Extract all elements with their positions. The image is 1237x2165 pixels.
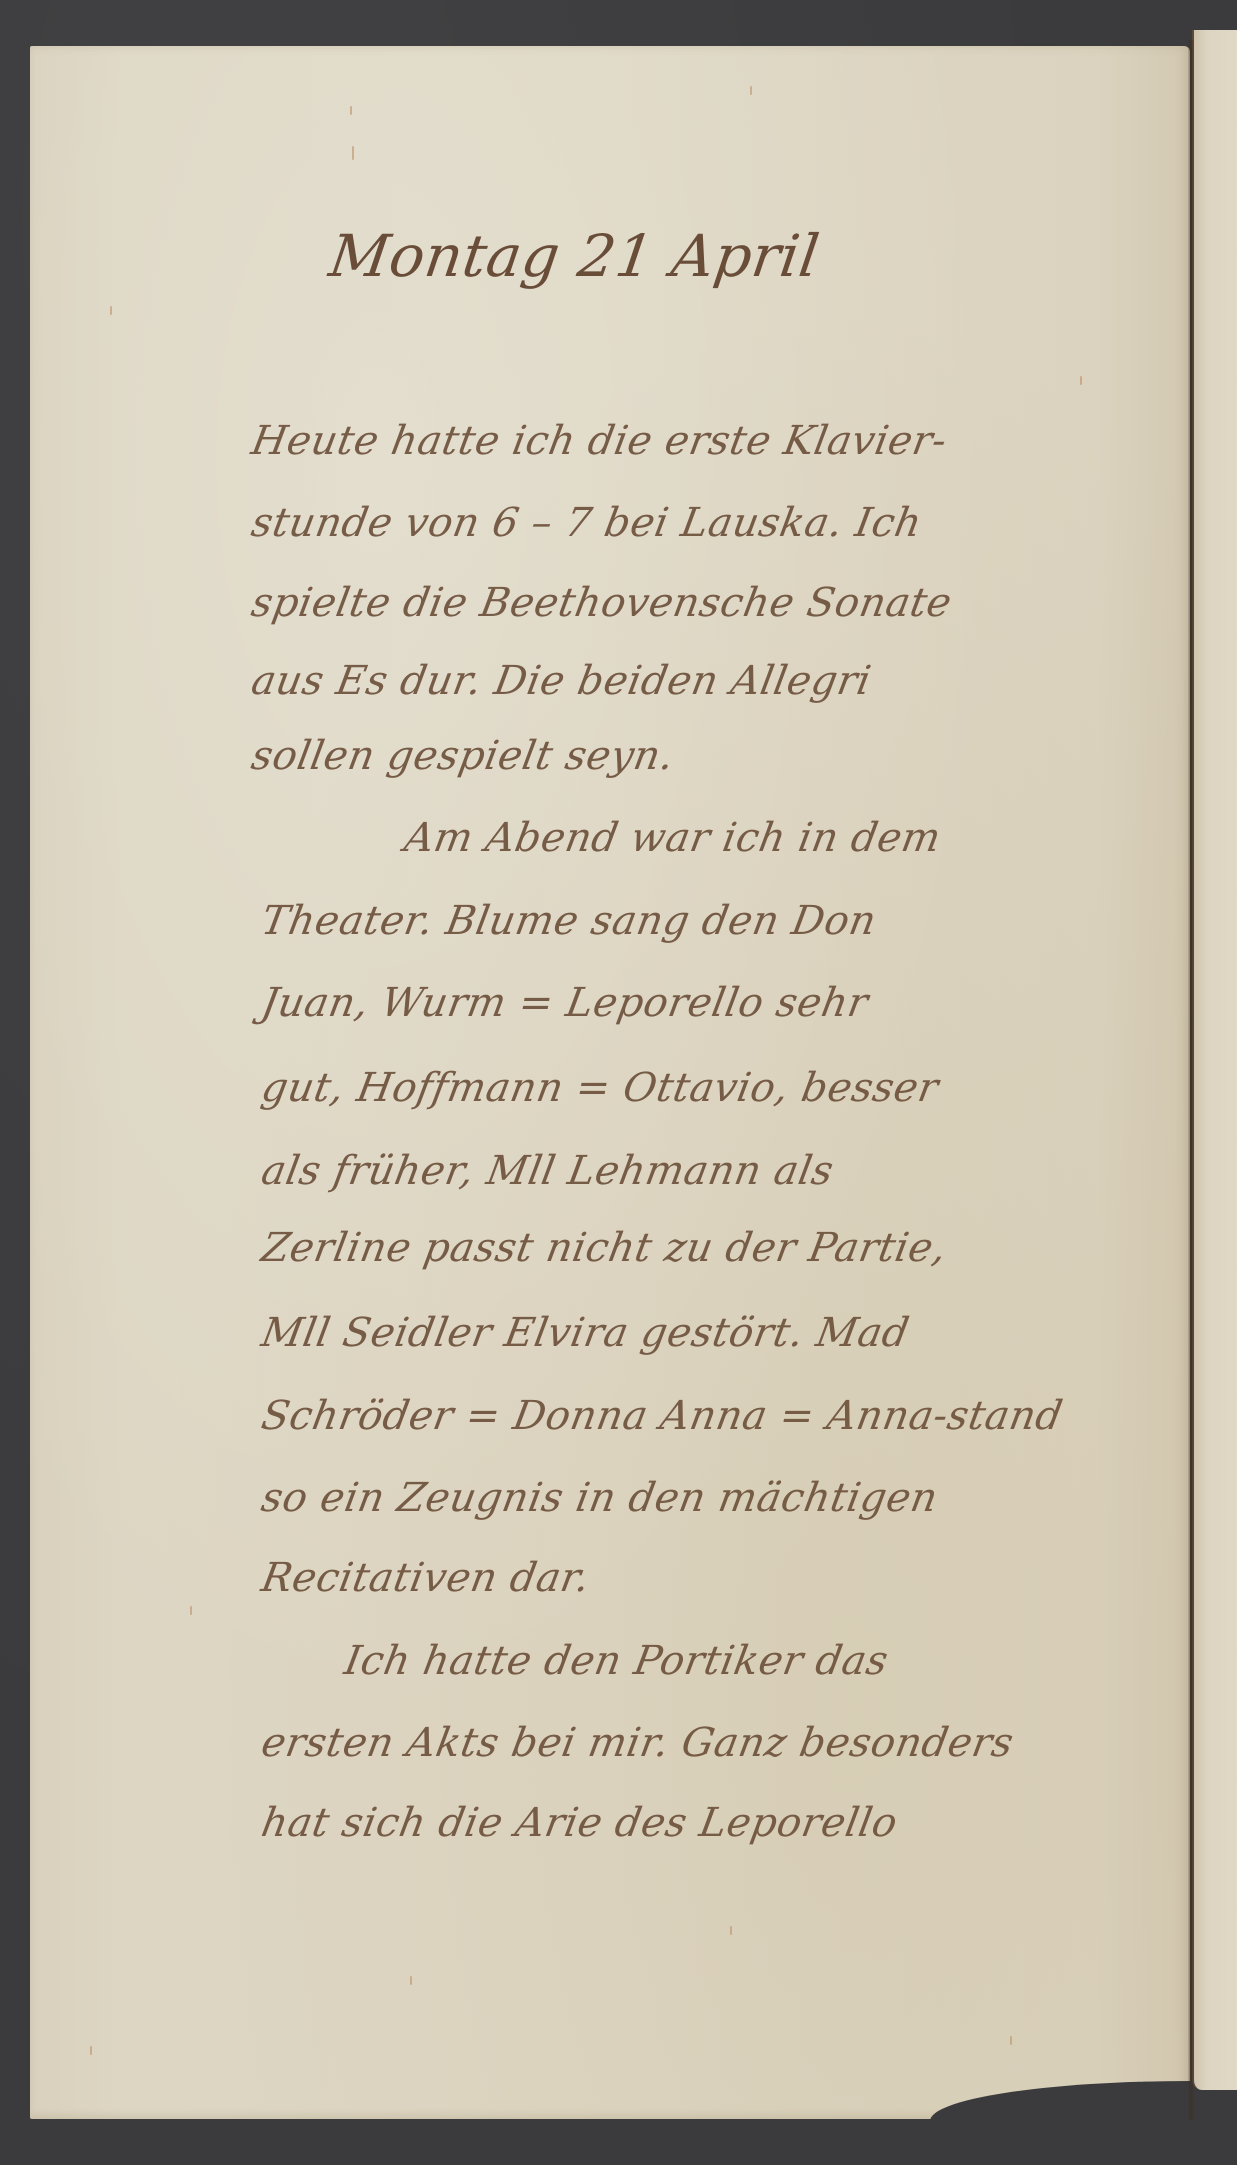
paper-fleck (730, 1926, 732, 1935)
paper-fleck (410, 1976, 412, 1985)
text-line: als früher, Mll Lehmann als (258, 1148, 837, 1194)
text-line: sollen gespielt seyn. (248, 733, 678, 779)
entry-date-heading: Montag 21 April (325, 222, 823, 290)
text-line: hat sich die Arie des Leporello (258, 1800, 901, 1846)
text-line: Schröder = Donna Anna = Anna-stand (258, 1393, 1066, 1439)
paper-fleck (1010, 2036, 1012, 2045)
text-line: Juan, Wurm = Leporello sehr (258, 980, 872, 1026)
paper-fleck (90, 2046, 92, 2055)
page-corner-curl (930, 2081, 1190, 2121)
text-line: gut, Hoffmann = Ottavio, besser (258, 1065, 942, 1111)
paper-fleck (352, 146, 354, 160)
paper-fleck (750, 86, 752, 95)
page-fold-shadow (1188, 40, 1194, 2120)
paper-fleck (1080, 376, 1082, 385)
text-line: spielte die Beethovensche Sonate (248, 580, 955, 626)
text-line: Zerline passt nicht zu der Partie, (258, 1225, 950, 1271)
text-line: Heute hatte ich die erste Klavier- (248, 418, 951, 464)
text-line: Theater. Blume sang den Don (258, 898, 880, 944)
paper-fleck (190, 1606, 192, 1615)
paper-fleck (110, 306, 112, 315)
text-line: Recitativen dar. (258, 1555, 594, 1601)
facing-page-edge (1192, 30, 1237, 2090)
text-line: aus Es dur. Die beiden Allegri (248, 658, 875, 704)
text-line: so ein Zeugnis in den mächtigen (258, 1475, 941, 1521)
text-line: stunde von 6 – 7 bei Lauska. Ich (248, 500, 925, 546)
text-line: Am Abend war ich in dem (401, 815, 944, 861)
text-line: Mll Seidler Elvira gestört. Mad (258, 1310, 913, 1356)
paper-fleck (350, 106, 352, 115)
text-line: Ich hatte den Portiker das (341, 1638, 892, 1684)
text-line: ersten Akts bei mir. Ganz besonders (258, 1720, 1017, 1766)
